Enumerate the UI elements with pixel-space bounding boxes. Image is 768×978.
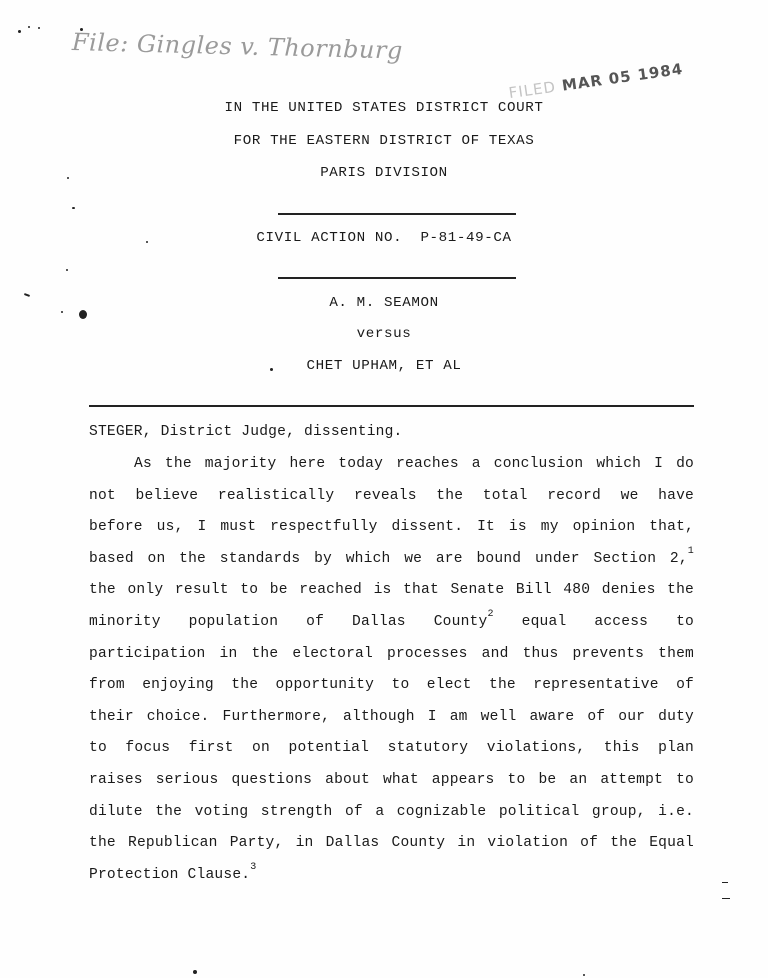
footnote-marker[interactable]: 3 [250, 862, 256, 873]
opinion-line: As the majority here today reaches a con… [134, 456, 694, 472]
caption-rule-bottom [278, 277, 516, 279]
opinion-line: before us, I must respectfully dissent. … [89, 519, 694, 535]
document-page: File: Gingles v. Thornburg FILED MAR 05 … [0, 0, 768, 978]
opinion-line: Protection Clause.3 [89, 867, 694, 883]
opinion-heading: STEGER, District Judge, dissenting. [89, 424, 694, 440]
scan-speck [80, 28, 83, 31]
scan-speck [18, 30, 21, 33]
stamp-faint-text: FILED [508, 78, 557, 102]
scan-speck [61, 311, 63, 313]
scan-speck [38, 27, 40, 29]
opinion-line: participation in the electoral processes… [89, 646, 694, 662]
opinion-line: dilute the voting strength of a cognizab… [89, 804, 694, 820]
footnote-marker[interactable]: 1 [688, 546, 694, 557]
scan-speck [722, 882, 728, 883]
caption-rule-top [278, 213, 516, 215]
opinion-line: the Republican Party, in Dallas County i… [89, 835, 694, 851]
opinion-line: the only result to be reached is that Se… [89, 582, 694, 598]
scan-speck [583, 974, 585, 976]
stamp-date: MAR 05 1984 [561, 60, 684, 95]
opinion-line: minority population of Dallas County2 eq… [89, 614, 694, 630]
scan-speck [79, 310, 87, 319]
footnote-marker[interactable]: 2 [487, 609, 493, 620]
opinion-line: to focus first on potential statutory vi… [89, 740, 694, 756]
opinion-line: based on the standards by which we are b… [89, 551, 694, 567]
scan-speck [67, 177, 69, 179]
handwritten-file-note: File: Gingles v. Thornburg [72, 28, 404, 65]
scan-speck [28, 26, 30, 28]
scan-speck [270, 368, 273, 371]
opinion-line: their choice. Furthermore, although I am… [89, 709, 694, 725]
defendant-name: CHET UPHAM, ET AL [0, 358, 768, 374]
court-division: PARIS DIVISION [0, 165, 768, 181]
scan-speck [722, 898, 730, 899]
versus-label: versus [0, 326, 768, 342]
court-name-line2: FOR THE EASTERN DISTRICT OF TEXAS [0, 133, 768, 149]
civil-action-number: CIVIL ACTION NO. P-81-49-CA [0, 230, 768, 246]
caption-separator-rule [89, 405, 694, 407]
filed-date-stamp: FILED MAR 05 1984 [508, 60, 685, 102]
plaintiff-name: A. M. SEAMON [0, 295, 768, 311]
court-name-line1: IN THE UNITED STATES DISTRICT COURT [0, 100, 768, 116]
scan-speck [66, 269, 68, 271]
opinion-line: not believe realistically reveals the to… [89, 488, 694, 504]
opinion-line: from enjoying the opportunity to elect t… [89, 677, 694, 693]
opinion-line: raises serious questions about what appe… [89, 772, 694, 788]
scan-speck [72, 207, 75, 209]
scan-speck [146, 241, 148, 243]
scan-speck [193, 970, 197, 974]
